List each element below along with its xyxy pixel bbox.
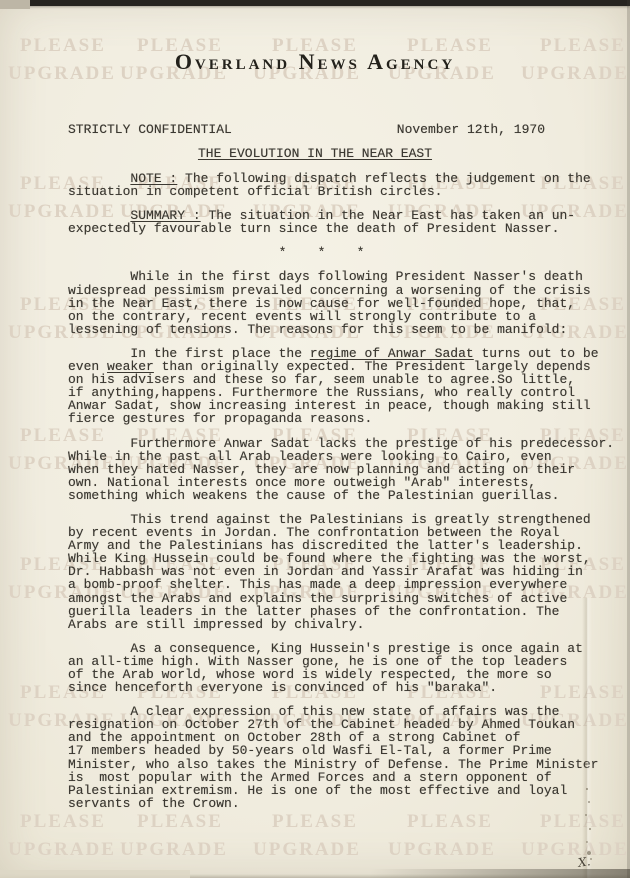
pencil-mark: X. xyxy=(577,854,591,870)
classification-label: STRICTLY CONFIDENTIAL xyxy=(68,122,232,137)
meta-row: STRICTLY CONFIDENTIAL November 12th, 197… xyxy=(68,122,545,137)
body-paragraph-6: A clear expression of this new state of … xyxy=(68,705,614,810)
section-separator: * * * xyxy=(68,246,614,259)
paper-crease xyxy=(582,598,592,878)
scan-corner-patch xyxy=(0,0,30,9)
body-paragraph-3: Furthermore Anwar Sadat lacks the presti… xyxy=(68,437,614,502)
body-paragraph-4: This trend against the Palestinians is g… xyxy=(68,513,614,631)
watermark-text: UPGRADE xyxy=(8,838,116,862)
summary-paragraph: SUMMARY : The situation in the Near East… xyxy=(68,209,614,235)
document-title-text: THE EVOLUTION IN THE NEAR EAST xyxy=(198,146,432,161)
date-label: November 12th, 1970 xyxy=(397,122,545,137)
scanned-document-page: PLEASEPLEASEPLEASEPLEASEPLEASEUPGRADEUPG… xyxy=(0,0,630,878)
body-paragraph-1: While in the first days following Presid… xyxy=(68,270,614,335)
watermark-text: UPGRADE xyxy=(253,838,361,862)
note-paragraph: NOTE : The following dispatch reflects t… xyxy=(68,172,614,198)
body-paragraph-2: In the first place the regime of Anwar S… xyxy=(68,347,614,426)
scan-edge-top-bar xyxy=(26,0,630,6)
watermark-text: UPGRADE xyxy=(521,838,629,862)
watermark-text: UPGRADE xyxy=(388,838,496,862)
document-title: THE EVOLUTION IN THE NEAR EAST xyxy=(0,146,630,161)
body-paragraph-5: As a consequence, King Hussein's prestig… xyxy=(68,642,614,694)
scan-edge-bottom-left xyxy=(0,870,190,878)
document-body: NOTE : The following dispatch reflects t… xyxy=(68,172,614,821)
agency-name: Overland News Agency xyxy=(0,49,630,75)
watermark-text: UPGRADE xyxy=(120,838,228,862)
crease-specks xyxy=(586,788,588,790)
